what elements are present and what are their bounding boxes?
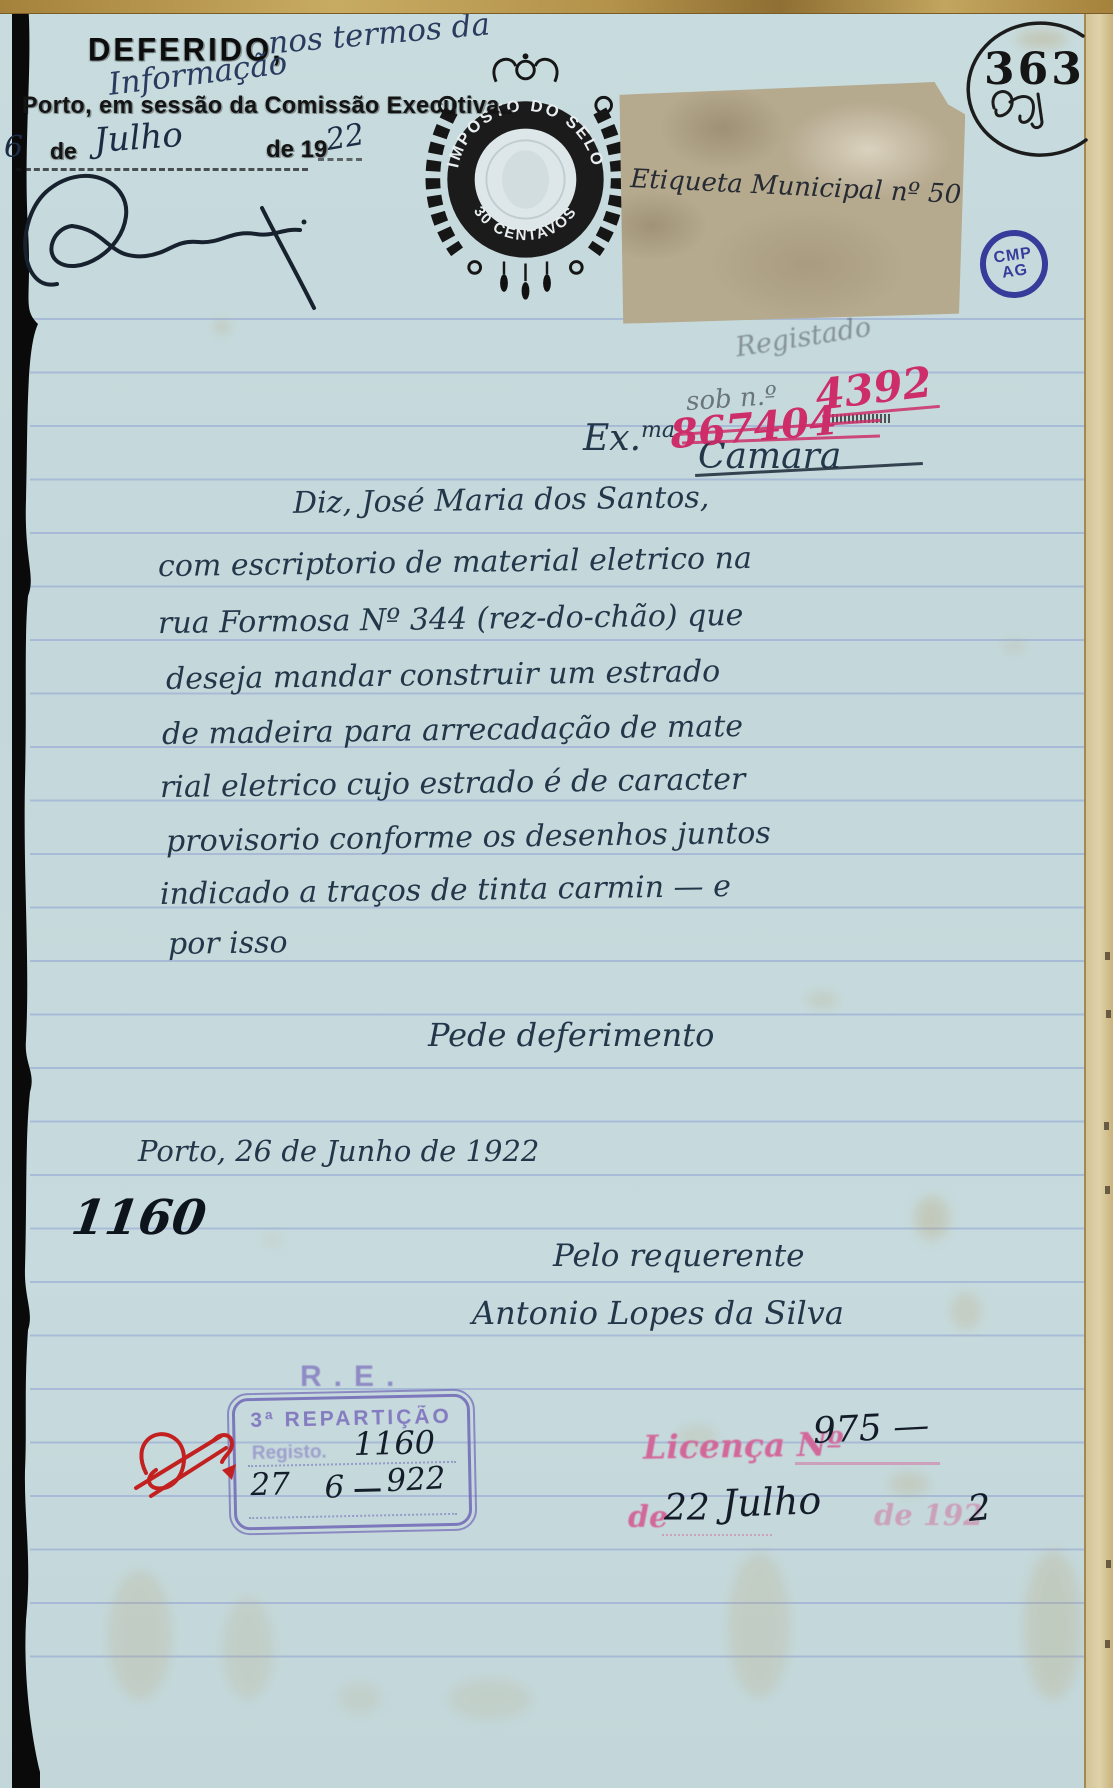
- stain: [1024, 1550, 1082, 1700]
- executive-signature: [12, 164, 332, 314]
- stain: [448, 1678, 532, 1720]
- stamp-rule-line: [318, 158, 362, 161]
- edge-mark: [1106, 1010, 1111, 1018]
- licenca-leader-line: [795, 1462, 940, 1465]
- red-initials-paraph: [126, 1418, 248, 1516]
- archivist-initials: [993, 92, 1042, 128]
- petition-closing: Pede deferimento: [428, 1016, 714, 1054]
- stain: [728, 1552, 790, 1698]
- stain: [214, 322, 230, 332]
- glued-label: Etiqueta Municipal nº 50: [616, 78, 965, 329]
- imposto-do-selo-seal: IMPOSTO DO SELO 30 CENTAVOS: [418, 50, 633, 305]
- stain: [950, 1292, 982, 1330]
- requester-signature: Antonio Lopes da Silva: [472, 1294, 844, 1332]
- salutation-prefix: Ex.ma: [583, 418, 675, 459]
- edge-mark: [1105, 1640, 1110, 1648]
- approval-date-month: Julho: [93, 115, 184, 161]
- stain: [888, 1472, 930, 1496]
- stain: [338, 1682, 382, 1714]
- registo-month: 6: [324, 1469, 344, 1505]
- licenca-month: Julho: [721, 1478, 822, 1525]
- petition-line: Diz, José Maria dos Santos,: [293, 480, 710, 521]
- re-stamp: R.E.: [300, 1360, 406, 1394]
- cmp-stamp-line2: AG: [1001, 262, 1029, 282]
- process-number: 1160: [68, 1190, 209, 1246]
- archive-number-circle: 363: [948, 16, 1108, 166]
- stain: [262, 1234, 284, 1246]
- approval-date-day: 6: [4, 130, 23, 165]
- edge-mark: [1106, 1560, 1111, 1568]
- stain: [108, 1570, 172, 1700]
- approval-date-year: 22: [323, 117, 367, 158]
- licenca-day: 22: [664, 1488, 710, 1529]
- licenca-dotted-line: [662, 1534, 772, 1536]
- registo-dash: [355, 1488, 381, 1492]
- registo-year: 922: [385, 1460, 446, 1499]
- edge-mark: [1105, 952, 1110, 960]
- registo-day: 27: [250, 1466, 290, 1503]
- label-handwriting: Etiqueta Municipal nº 50: [630, 164, 962, 210]
- licenca-year-digit: 2: [966, 1487, 993, 1530]
- registo-label: Registo.: [252, 1442, 327, 1466]
- registo-number: 1160: [353, 1423, 435, 1463]
- stain: [914, 1196, 950, 1240]
- place-date-line: Porto, 26 de Junho de 1922: [138, 1134, 539, 1168]
- edge-mark: [1104, 1122, 1109, 1130]
- reparticao-stamp: 3ª REPARTIÇÃO Registo. 1160 27 6 922: [232, 1394, 473, 1531]
- session-stamp: Porto, em sessão da Comissão Executiva..: [22, 92, 514, 120]
- licenca-number: 975 —: [812, 1405, 930, 1452]
- licenca-de1: de: [628, 1500, 668, 1535]
- adjacent-page-edge: [1084, 0, 1113, 1788]
- salutation-superscript: ma: [641, 418, 675, 443]
- stain: [1002, 640, 1026, 653]
- stamp-dotted-line: [249, 1513, 457, 1519]
- by-line: Pelo requerente: [553, 1238, 805, 1274]
- date-stamp-de: de: [50, 138, 77, 165]
- book-top-edge: [0, 0, 1113, 14]
- archive-number: 363: [984, 44, 1085, 95]
- stain: [222, 1596, 274, 1700]
- petition-line: por isso: [168, 925, 288, 962]
- edge-mark: [1105, 1186, 1110, 1194]
- stain: [806, 992, 838, 1008]
